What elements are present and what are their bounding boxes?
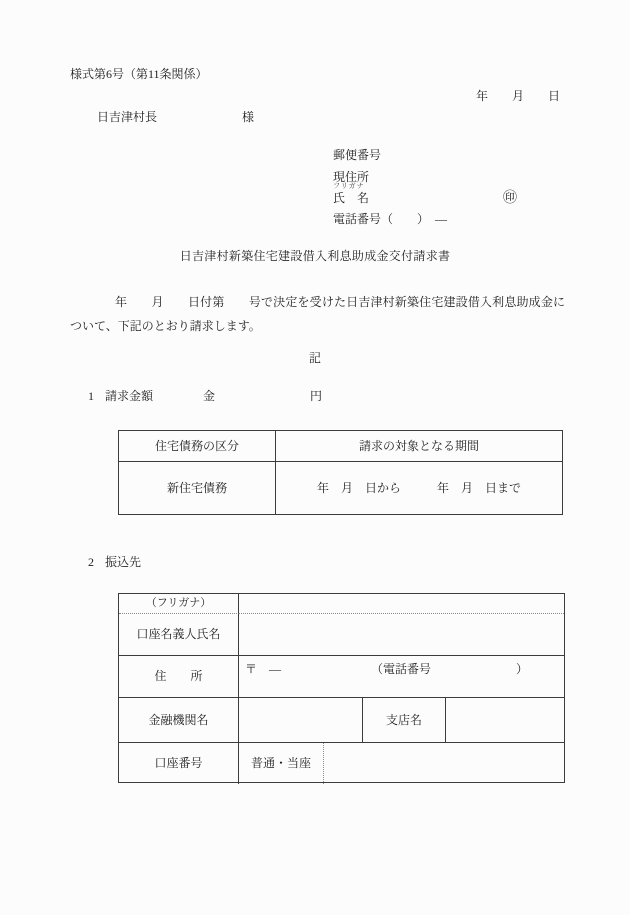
- record-mark: 記: [0, 351, 630, 366]
- phone-label: 電話番号（ ） ―: [333, 212, 447, 227]
- branch-name-field: [446, 698, 564, 743]
- claim-period-header: 請求の対象となる期間: [276, 431, 563, 462]
- amount-suffix: 円: [310, 389, 322, 404]
- addressee: 日吉津村長: [97, 110, 157, 124]
- item2-label: 振込先: [105, 555, 141, 570]
- item1-label: 請求金額: [105, 389, 153, 404]
- account-type-options: 普通・当座: [239, 743, 324, 784]
- date-line: 年 月 日: [476, 89, 560, 104]
- account-furigana-field: [239, 594, 564, 614]
- item1-claim-amount-line: 1 請求金額 金 円: [0, 389, 630, 405]
- name-label: 氏 名: [333, 191, 369, 206]
- debt-category-value: 新住宅債務: [119, 462, 276, 515]
- form-number: 様式第6号（第11条関係）: [70, 67, 208, 82]
- table-row: 新住宅債務 年 月 日から 年 月 日まで: [119, 462, 563, 515]
- document-page: 様式第6号（第11条関係） 年 月 日 日吉津村長様 郵便番号 現住所 フリガナ…: [0, 0, 630, 915]
- transfer-table: （フリガナ） 口座名義人氏名 住 所 〒 ― （電話番号 ） 金融機関名 支店名…: [118, 593, 565, 783]
- bank-name-field: [239, 698, 363, 743]
- address-label: 住 所: [119, 656, 239, 698]
- account-number-label: 口座番号: [119, 743, 239, 784]
- item2-transfer-line: 2 振込先: [0, 555, 630, 571]
- phone-number-open: （電話番号: [371, 662, 431, 677]
- account-holder-field: [239, 614, 564, 656]
- claim-period-table: 住宅債務の区分 請求の対象となる期間 新住宅債務 年 月 日から 年 月 日まで: [118, 430, 563, 515]
- account-furigana-label: （フリガナ）: [119, 594, 239, 614]
- table-header-row: 住宅債務の区分 請求の対象となる期間: [119, 431, 563, 462]
- postal-mark: 〒 ―: [245, 662, 281, 677]
- addressee-honorific: 様: [242, 110, 254, 124]
- branch-name-label: 支店名: [363, 698, 446, 743]
- account-holder-row: 口座名義人氏名: [119, 614, 564, 656]
- account-holder-label: 口座名義人氏名: [119, 614, 239, 656]
- postal-code-label: 郵便番号: [333, 148, 381, 163]
- bank-row: 金融機関名 支店名: [119, 698, 564, 743]
- document-title: 日吉津村新築住宅建設借入利息助成金交付請求書: [0, 249, 630, 264]
- claim-period-value: 年 月 日から 年 月 日まで: [276, 462, 563, 515]
- account-number-row: 口座番号 普通・当座: [119, 743, 564, 784]
- bank-name-label: 金融機関名: [119, 698, 239, 743]
- phone-number-close: ）: [516, 662, 528, 677]
- account-number-field: [324, 743, 564, 784]
- address-row: 住 所 〒 ― （電話番号 ）: [119, 656, 564, 698]
- body-paragraph: 年 月 日付第 号で決定を受けた日吉津村新築住宅建設借入利息助成金について、下記…: [70, 290, 565, 338]
- item1-number: 1: [88, 389, 94, 404]
- applicant-block: 郵便番号 現住所 フリガナ 氏 名 ㊞ 電話番号（ ） ―: [333, 148, 560, 233]
- debt-category-header: 住宅債務の区分: [119, 431, 276, 462]
- furigana-row: （フリガナ）: [119, 594, 564, 614]
- address-field: 〒 ― （電話番号 ）: [239, 656, 564, 698]
- furigana-label: フリガナ: [333, 182, 365, 191]
- amount-prefix: 金: [203, 389, 215, 404]
- addressee-line: 日吉津村長様: [97, 110, 254, 125]
- seal-icon: ㊞: [503, 190, 517, 208]
- item2-number: 2: [88, 555, 94, 570]
